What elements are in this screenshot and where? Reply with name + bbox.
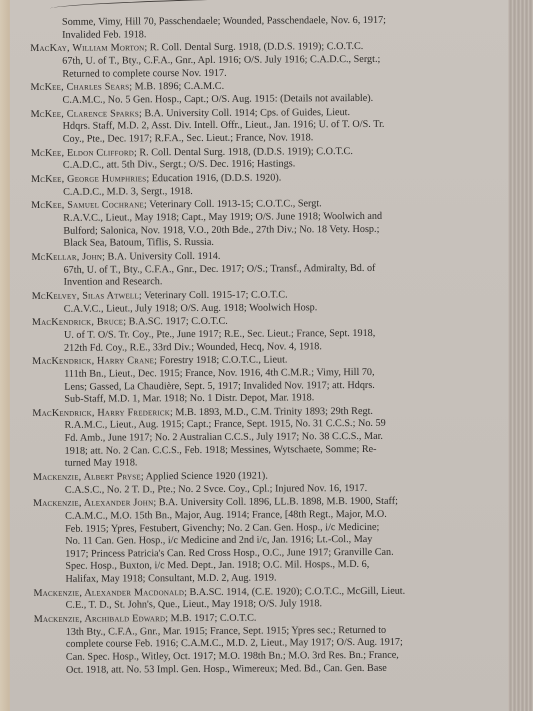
entry-qualifications: ; Veterinary Coll. 1915-17; C.O.T.C. xyxy=(139,289,288,301)
service-record-line: U. of T. O/S. Tr. Coy., Pte., June 1917;… xyxy=(32,327,432,342)
register-entry: McKee, Samuel Cochrane; Veterinary Coll.… xyxy=(31,198,431,251)
service-record-line: C.A.V.C., Lieut., July 1918; O/S. Aug. 1… xyxy=(32,301,432,316)
person-name: MacKay, William Morton xyxy=(30,43,144,55)
register-entry: MacKay, William Morton; R. Coll. Dental … xyxy=(30,41,430,81)
service-record-line: Sub-Staff, M.D. 1, Mar. 1918; No. 1 Dist… xyxy=(32,392,432,407)
service-record-line: Halifax, May 1918; Consultant, M.D. 2, A… xyxy=(33,572,433,587)
service-record-line: Feb. 1915; Ypres, Festubert, Givenchy; N… xyxy=(33,521,433,536)
person-name: McKellar, John xyxy=(31,252,102,263)
text-line: Invalided Feb. 1918. xyxy=(30,27,430,42)
register-entry: McKellar, John; B.A. University Coll. 19… xyxy=(31,250,431,290)
page-text: Somme, Vimy, Hill 70, Passchendaele; Wou… xyxy=(30,15,434,679)
entry-qualifications: ; R. Coll. Dental Surg. 1918, (D.D.S. 19… xyxy=(134,146,353,158)
person-name: Mackenzie, Albert Pryse xyxy=(33,471,141,483)
entry-qualifications: ; M.B. 1917; C.O.T.C. xyxy=(165,613,256,625)
entry-qualifications: ; B.A. University Coll. 1914; Cps. of Gu… xyxy=(139,107,350,119)
service-record-line: Coy., Pte., Dec. 1917; R.F.A., Sec. Lieu… xyxy=(31,131,431,146)
service-record-line: C.A.D.C., M.D. 3, Sergt., 1918. xyxy=(31,184,431,199)
register-entry: McKelvey, Silas Atwell; Veterinary Coll.… xyxy=(32,289,432,317)
person-name: McKelvey, Silas Atwell xyxy=(32,290,139,302)
entry-qualifications: ; R. Coll. Dental Surg. 1918, (D.D.S. 19… xyxy=(144,41,363,53)
person-name: McKee, Samuel Cochrane xyxy=(31,200,144,212)
entries-list: MacKay, William Morton; R. Coll. Dental … xyxy=(30,41,434,677)
register-entry: Mackenzie, Archibald Edward; M.B. 1917; … xyxy=(34,612,434,677)
person-name: Mackenzie, Alexander Macdonald xyxy=(33,587,184,599)
register-entry: MacKendrick, Bruce; B.A.SC. 1917; C.O.T.… xyxy=(32,315,432,355)
service-record-line: C.E., T. D., St. John's, Que., Lieut., M… xyxy=(34,598,434,613)
person-name: McKee, George Humphries xyxy=(31,173,146,185)
entry-qualifications: ; M.B. 1896; C.A.M.C. xyxy=(129,81,224,93)
person-name: McKee, Charles Sears xyxy=(30,82,129,94)
service-record-line: C.A.M.C., No. 5 Gen. Hosp., Capt.; O/S. … xyxy=(30,92,430,107)
header-rule xyxy=(50,0,440,13)
register-entry: Mackenzie, Alexander John; B.A. Universi… xyxy=(33,496,434,587)
register-entry: McKee, Eldon Clifford; R. Coll. Dental S… xyxy=(31,145,431,173)
entry-qualifications: ; B.A.SC. 1917; C.O.T.C. xyxy=(123,316,228,328)
register-entry: MacKendrick, Harry Frederick; M.B. 1893,… xyxy=(32,405,432,470)
service-record-line: Invention and Research. xyxy=(32,275,432,290)
entry-qualifications: ; B.A. University Coll. 1914. xyxy=(102,251,220,263)
person-name: Mackenzie, Alexander John xyxy=(33,498,153,510)
register-entry: McKee, Charles Sears; M.B. 1896; C.A.M.C… xyxy=(30,80,430,108)
service-record-line: Hdqrs. Staff, M.D. 2, Asst. Div. Intell.… xyxy=(31,119,431,134)
person-name: McKee, Eldon Clifford xyxy=(31,147,134,159)
service-record-line: C.A.S.C., No. 2 T. D., Pte.; No. 2 Svce.… xyxy=(33,482,433,497)
service-record-line: Returned to complete course Nov. 1917. xyxy=(30,66,430,81)
entry-qualifications: ; B.A.SC. 1914, (C.E. 1920); C.O.T.C., M… xyxy=(184,585,405,597)
person-name: McKee, Clarence Sparks xyxy=(31,108,139,120)
service-record-line: C.A.D.C., att. 5th Div., Sergt.; O/S. De… xyxy=(31,158,431,173)
entry-qualifications: ; Veterinary Coll. 1913-15; C.O.T.C., Se… xyxy=(144,199,322,211)
register-entry: Mackenzie, Alexander Macdonald; B.A.SC. … xyxy=(33,585,433,613)
entry-qualifications: ; B.A. University Coll. 1896, LL.B. 1898… xyxy=(153,496,398,508)
entry-qualifications: ; Applied Science 1920 (1921). xyxy=(141,471,268,483)
continuation-block: Somme, Vimy, Hill 70, Passchendaele; Wou… xyxy=(30,15,430,43)
service-record-line: 67th, U. of T., Bty., C.F.A., Gnr., Dec.… xyxy=(32,262,432,277)
service-record-line: 212th Fd. Coy., R.E., 33rd Div.; Wounded… xyxy=(32,340,432,355)
register-entry: Mackenzie, Albert Pryse; Applied Science… xyxy=(33,470,433,498)
page-stack-edges xyxy=(508,0,533,711)
service-record-line: Black Sea, Batoum, Tiflis, S. Russia. xyxy=(31,236,431,251)
service-record-line: 67th, U. of T., Bty., C.F.A., Gnr., Apl.… xyxy=(30,54,430,69)
entry-qualifications: ; Forestry 1918; C.O.T.C., Lieut. xyxy=(154,355,287,367)
register-entry: MacKendrick, Harry Crane; Forestry 1918;… xyxy=(32,354,432,407)
service-record-line: Lens; Gassed, La Chaudière, Sept. 5, 191… xyxy=(32,379,432,394)
entry-qualifications: ; Education 1916, (D.D.S. 1920). xyxy=(146,173,281,185)
register-entry: McKee, George Humphries; Education 1916,… xyxy=(31,172,431,200)
person-name: MacKendrick, Harry Frederick xyxy=(32,407,170,419)
service-record-line: turned May 1918. xyxy=(33,456,433,471)
person-name: MacKendrick, Bruce xyxy=(32,317,123,329)
service-record-line: Oct. 1918, att. No. 53 Impl. Gen. Hosp.,… xyxy=(34,662,434,677)
person-name: MacKendrick, Harry Crane xyxy=(32,356,154,368)
person-name: Mackenzie, Archibald Edward xyxy=(34,613,166,625)
entry-qualifications: ; M.B. 1893, M.D., C.M. Trinity 1893; 29… xyxy=(170,406,373,418)
text-line: Somme, Vimy, Hill 70, Passchendaele; Wou… xyxy=(30,15,430,30)
register-entry: McKee, Clarence Sparks; B.A. University … xyxy=(31,106,431,146)
